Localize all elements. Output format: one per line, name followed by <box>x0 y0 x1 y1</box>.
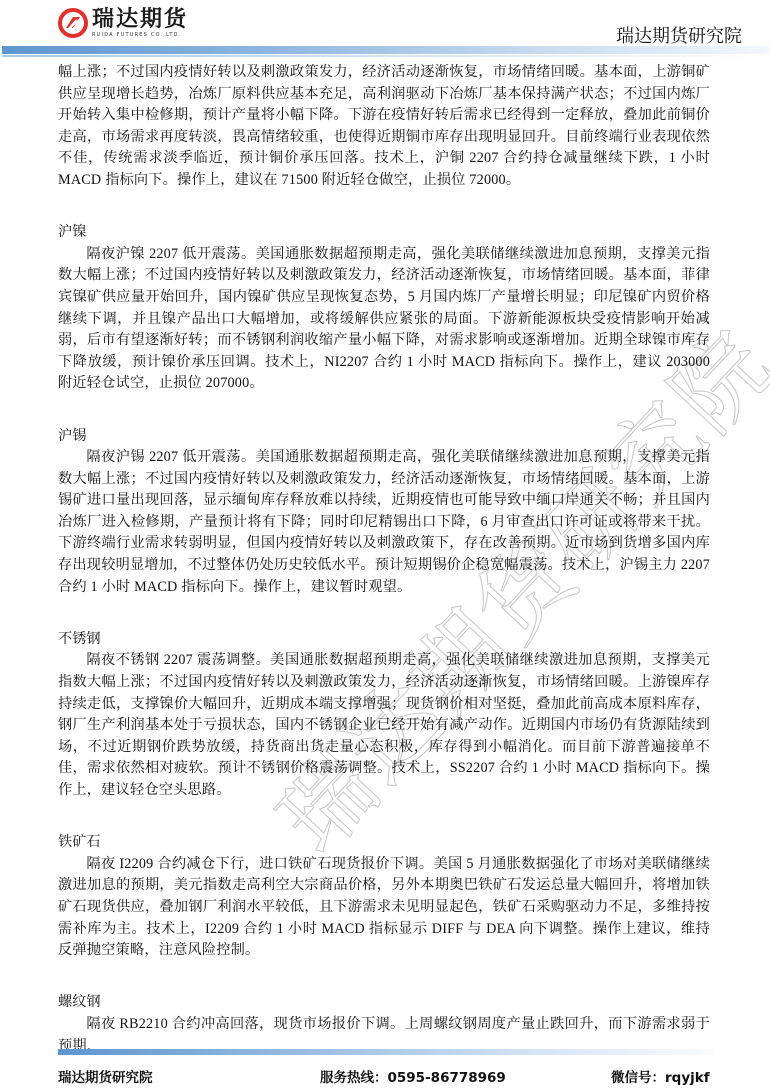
section-tin: 沪锡 隔夜沪锡 2207 低开震荡。美国通胀数据超预期走高，强化美联储继续激进加… <box>58 417 710 599</box>
logo-chinese-name: 瑞达期货 <box>92 8 188 32</box>
footer-org: 瑞达期货研究院 <box>58 1066 153 1086</box>
footer-hotline: 服务热线：0595-86778969 <box>320 1066 506 1086</box>
section-copper: 幅上涨；不过国内疫情好转以及刺激政策发力，经济活动逐渐恢复，市场情绪回暖。基本面… <box>58 62 710 192</box>
company-logo: 瑞达期货 RUIDA FUTURES CO.,LTD. <box>58 5 188 41</box>
section-title: 不锈钢 <box>58 620 710 651</box>
section-title: 沪锡 <box>58 417 710 448</box>
page-header: 瑞达期货 RUIDA FUTURES CO.,LTD. 瑞达期货研究院 <box>0 0 770 60</box>
section-nickel: 沪镍 隔夜沪镍 2207 低开震荡。美国通胀数据超预期走高，强化美联储继续激进加… <box>58 213 710 395</box>
header-divider-bar <box>2 46 770 54</box>
logo-english-name: RUIDA FUTURES CO.,LTD. <box>92 32 188 39</box>
section-stainless-steel: 不锈钢 隔夜不锈钢 2207 震荡调整。美国通胀数据超预期走高，强化美联储继续激… <box>58 620 710 802</box>
section-body: 隔夜沪锡 2207 低开震荡。美国通胀数据超预期走高，强化美联储继续激进加息预期… <box>58 447 710 598</box>
section-body: 隔夜 I2209 合约减仓下行，进口铁矿石现货报价下调。美国 5 月通胀数据强化… <box>58 854 710 962</box>
page-footer: 瑞达期货研究院 服务热线：0595-86778969 微信号：rqyjkf <box>58 1066 718 1086</box>
section-title: 铁矿石 <box>58 823 710 854</box>
section-title: 螺纹钢 <box>58 983 710 1014</box>
section-title: 沪镍 <box>58 213 710 244</box>
section-body: 隔夜不锈钢 2207 震荡调整。美国通胀数据超预期走高，强化美联储继续激进加息预… <box>58 650 710 801</box>
section-body: 幅上涨；不过国内疫情好转以及刺激政策发力，经济活动逐渐恢复，市场情绪回暖。基本面… <box>58 62 710 192</box>
ruida-logo-icon <box>58 8 88 38</box>
section-iron-ore: 铁矿石 隔夜 I2209 合约减仓下行，进口铁矿石现货报价下调。美国 5 月通胀… <box>58 823 710 962</box>
footer-wechat: 微信号：rqyjkf <box>611 1066 710 1086</box>
section-body: 隔夜沪镍 2207 低开震荡。美国通胀数据超预期走高，强化美联储继续激进加息预期… <box>58 244 710 395</box>
footer-divider-bar <box>58 1049 713 1055</box>
header-divider-line <box>2 55 770 57</box>
report-body: 幅上涨；不过国内疫情好转以及刺激政策发力，经济活动逐渐恢复，市场情绪回暖。基本面… <box>58 62 710 1057</box>
header-title: 瑞达期货研究院 <box>616 22 742 48</box>
section-rebar: 螺纹钢 隔夜 RB2210 合约冲高回落，现货市场报价下调。上周螺纹钢周度产量止… <box>58 983 710 1057</box>
